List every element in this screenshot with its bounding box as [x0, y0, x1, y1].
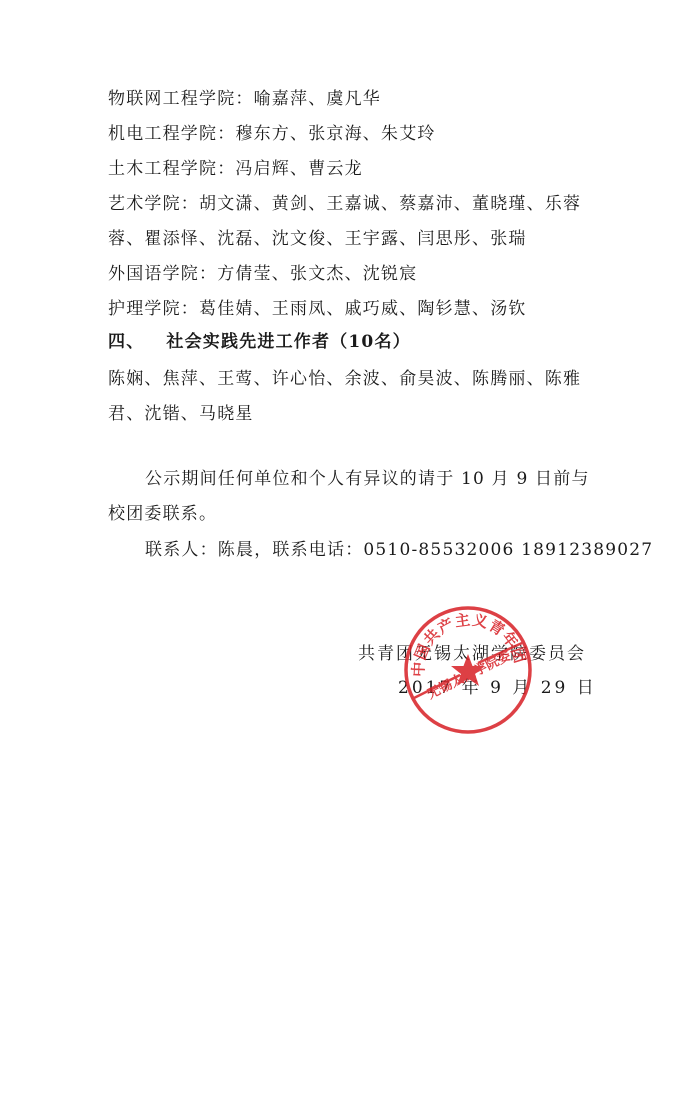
award-names: 冯启辉、曹云龙	[235, 159, 362, 179]
college-label: 机电工程学院：	[108, 124, 235, 144]
award-line-iot: 物联网工程学院：喻嘉萍、虞凡华	[108, 88, 381, 110]
college-label: 土木工程学院：	[108, 159, 235, 179]
section-names-line2: 君、沈锴、马晓星	[108, 403, 254, 425]
signature-date: 2017 年 9 月 29 日	[398, 677, 597, 699]
official-seal: 中国共产主义青年团 无锡太湖学院委员会	[402, 603, 534, 737]
college-label: 艺术学院：	[108, 194, 199, 214]
notice-line2: 校团委联系。	[108, 503, 217, 525]
award-line-civil: 土木工程学院：冯启辉、曹云龙	[108, 158, 363, 180]
award-line-mechatronics: 机电工程学院：穆东方、张京海、朱艾玲	[108, 123, 436, 145]
college-label: 物联网工程学院：	[108, 89, 254, 109]
signature-organization: 共青团无锡太湖学院委员会	[358, 643, 586, 665]
document-page: 物联网工程学院：喻嘉萍、虞凡华 机电工程学院：穆东方、张京海、朱艾玲 土木工程学…	[0, 0, 680, 1120]
award-line-arts: 艺术学院：胡文潇、黄剑、王嘉诚、蔡嘉沛、董晓瑾、乐蓉	[108, 193, 581, 215]
section-title: 社会实践先进工作者（10名）	[166, 332, 410, 352]
college-label: 护理学院：	[108, 299, 199, 319]
award-names: 胡文潇、黄剑、王嘉诚、蔡嘉沛、董晓瑾、乐蓉	[199, 194, 581, 214]
award-line-nursing: 护理学院：葛佳婧、王雨凤、戚巧威、陶钐慧、汤钦	[108, 298, 527, 320]
award-names: 葛佳婧、王雨凤、戚巧威、陶钐慧、汤钦	[199, 299, 527, 319]
award-line-foreign-lang: 外国语学院：方倩莹、张文杰、沈锐宸	[108, 263, 417, 285]
award-names: 蓉、瞿添怿、沈磊、沈文俊、王宇露、闫思彤、张瑞	[108, 229, 527, 249]
award-line-arts-cont: 蓉、瞿添怿、沈磊、沈文俊、王宇露、闫思彤、张瑞	[108, 228, 527, 250]
contact-line: 联系人：陈晨，联系电话：0510-85532006 18912389027	[145, 539, 653, 561]
award-names: 喻嘉萍、虞凡华	[254, 89, 381, 109]
section-names-line1: 陈娴、焦萍、王莺、许心怡、余波、俞昊波、陈腾丽、陈雅	[108, 368, 581, 390]
notice-line1: 公示期间任何单位和个人有异议的请于 10 月 9 日前与	[145, 468, 590, 490]
section-number: 四、	[108, 332, 144, 352]
section-heading: 四、社会实践先进工作者（10名）	[108, 331, 411, 353]
college-label: 外国语学院：	[108, 264, 217, 284]
award-names: 穆东方、张京海、朱艾玲	[235, 124, 435, 144]
award-names: 方倩莹、张文杰、沈锐宸	[217, 264, 417, 284]
